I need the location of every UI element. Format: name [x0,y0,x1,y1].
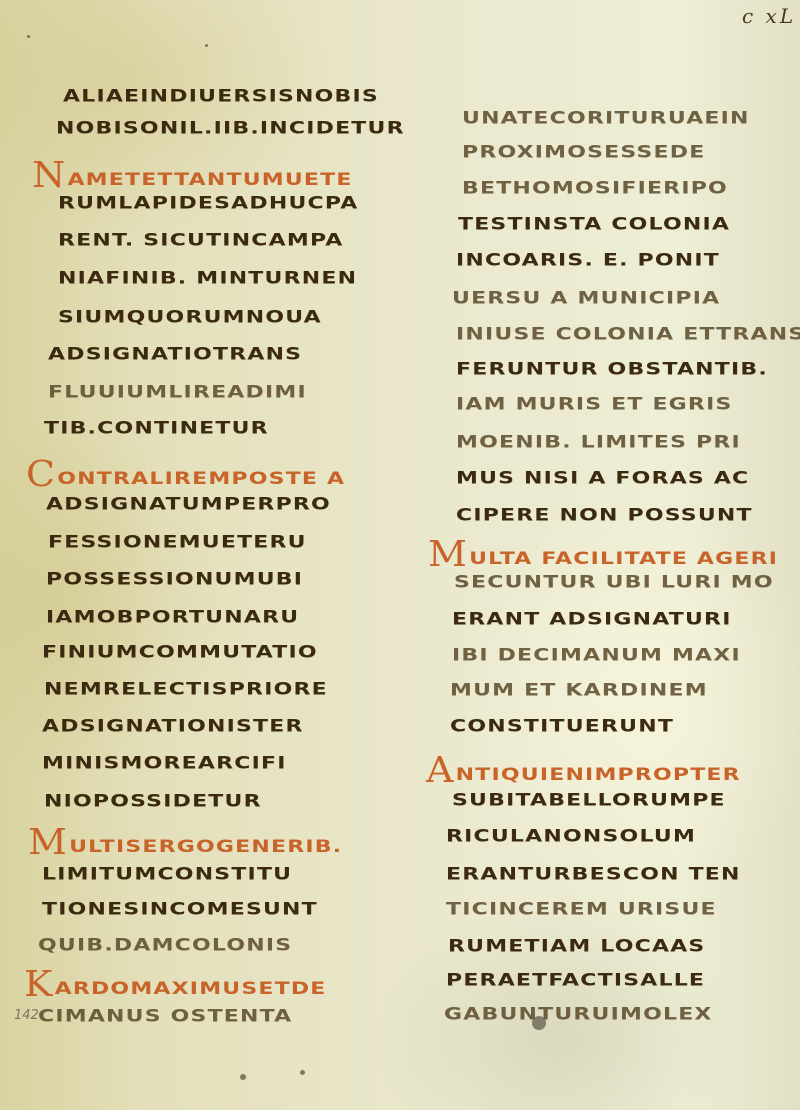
text-line: cimanus ostenta [38,1007,292,1027]
text-line: mum et kardinem [450,681,708,701]
line-text: iamobportunaru [46,608,299,628]
text-line: secuntur ubi luri mo [454,573,774,593]
line-text: finiumcommutatio [42,643,318,663]
line-text: quib.damcolonis [38,936,292,956]
line-text: peraetfactisalle [446,971,705,991]
text-line: possessionumubi [46,570,303,590]
line-text: ardomaximusetde [55,979,327,999]
line-text: minismorearcifi [42,754,287,774]
text-line: finiumcommutatio [42,643,318,663]
rubric-initial: C [26,453,56,494]
text-line: rumetiam locaas [448,937,705,957]
line-text: ticincerem urisue [446,900,717,920]
line-text: ultisergogenerib. [69,837,342,857]
line-text: uersu a municipia [452,289,720,309]
text-line: subitabellorumpe [452,791,726,811]
ink-speck [205,44,208,47]
text-line: moenib. limites pri [456,433,741,453]
ink-speck [27,35,30,38]
rubric-initial: A [426,749,455,790]
text-line: adsignatumperpro [46,495,331,515]
text-line: riculanonsolum [446,827,696,847]
line-text: bethomosifieripo [462,179,728,199]
line-text: erant adsignaturi [452,610,732,630]
line-text: rumetiam locaas [448,937,705,957]
text-line: fessionemueteru [48,533,307,553]
text-line: adsignationister [42,717,304,737]
rubric-line: Antiquienimpropter [426,753,741,787]
line-text: moenib. limites pri [456,433,741,453]
text-line: incoaris. e. ponit [456,251,720,271]
line-text: testinsta colonia [458,215,730,235]
text-line: erant adsignaturi [452,610,732,630]
text-line: iniuse colonia ettrans [456,325,800,345]
marginal-number: 142 [14,1008,39,1023]
text-line: proximosessede [462,143,705,163]
line-text: adsignatumperpro [46,495,331,515]
line-text: eranturbescon ten [446,865,741,885]
line-text: aliaeindiuersisnobis [63,87,379,107]
line-text: gabunturuimolex [444,1005,713,1025]
line-text: unatecorituruaein [462,109,750,129]
folio-mark: c xL [742,4,796,28]
line-text: iam muris et egris [456,395,733,415]
line-text: constituerunt [450,717,674,737]
text-line: tib.continetur [44,419,269,439]
line-text: adsignatiotrans [48,345,302,365]
text-line: iamobportunaru [46,608,299,628]
rubric-line: Contraliremposte a [26,457,345,491]
text-line: rent. sicutincampa [58,231,344,251]
rubric-initial: K [24,963,54,1004]
text-line: constituerunt [450,717,674,737]
text-line: quib.damcolonis [38,936,292,956]
text-line: aliaeindiuersisnobis [63,87,379,107]
line-text: mum et kardinem [450,681,708,701]
rubric-initial: M [28,821,68,862]
rubric-line: Nametettantumuete [32,158,353,192]
text-line: niopossidetur [44,792,262,812]
text-line: nobisonil.iib.incidetur [56,119,405,139]
line-text: fluuiumlireadimi [48,383,307,403]
line-text: tib.continetur [44,419,269,439]
text-line: iam muris et egris [456,395,733,415]
text-line: siumquorumnoua [58,308,322,328]
text-line: niafinib. minturnen [58,269,357,289]
line-text: rumlapidesadhucpa [58,194,358,214]
rubric-line: Multisergogenerib. [28,825,342,859]
line-text: incoaris. e. ponit [456,251,720,271]
line-text: adsignationister [42,717,304,737]
line-text: mus nisi a foras ac [456,469,749,489]
rubric-initial: M [428,533,468,574]
rubric-initial: N [32,154,66,195]
line-text: limitumconstitu [42,865,292,885]
text-line: uersu a municipia [452,289,720,309]
manuscript-page: c xL aliaeindiuersisnobisnobisonil.iib.i… [0,0,800,1110]
text-line: tionesincomesunt [42,900,318,920]
ink-speck [240,1074,246,1080]
text-line: nemrelectispriore [44,680,328,700]
text-line: ticincerem urisue [446,900,717,920]
text-line: bethomosifieripo [462,179,728,199]
line-text: subitabellorumpe [452,791,726,811]
text-line: feruntur obstantib. [456,360,768,380]
text-line: fluuiumlireadimi [48,383,307,403]
line-text: riculanonsolum [446,827,696,847]
line-text: proximosessede [462,143,705,163]
text-line: unatecorituruaein [462,109,750,129]
line-text: niopossidetur [44,792,262,812]
rubric-line: Kardomaximusetde [24,967,327,1001]
text-line: limitumconstitu [42,865,292,885]
line-text: cipere non possunt [456,506,753,526]
line-text: iniuse colonia ettrans [456,325,800,345]
text-line: rumlapidesadhucpa [58,194,358,214]
line-text: tionesincomesunt [42,900,318,920]
line-text: ntiquienimpropter [456,765,741,785]
ink-speck [300,1070,305,1075]
line-text: possessionumubi [46,570,303,590]
text-line: gabunturuimolex [444,1005,713,1025]
text-line: ibi decimanum maxi [452,646,741,666]
line-text: ulta facilitate ageri [469,549,778,569]
line-text: niafinib. minturnen [58,269,357,289]
text-line: eranturbescon ten [446,865,741,885]
line-text: nemrelectispriore [44,680,328,700]
text-line: minismorearcifi [42,754,287,774]
line-text: siumquorumnoua [58,308,322,328]
text-line: cipere non possunt [456,506,753,526]
line-text: ametettantumuete [67,170,352,190]
text-line: peraetfactisalle [446,971,705,991]
rubric-line: Multa facilitate ageri [428,537,778,571]
text-line: mus nisi a foras ac [456,469,749,489]
line-text: fessionemueteru [48,533,307,553]
text-line: adsignatiotrans [48,345,302,365]
line-text: ibi decimanum maxi [452,646,741,666]
text-line: testinsta colonia [458,215,730,235]
line-text: feruntur obstantib. [456,360,768,380]
line-text: nobisonil.iib.incidetur [56,119,405,139]
line-text: ontraliremposte a [57,469,345,489]
ink-stain [532,1016,546,1030]
line-text: cimanus ostenta [38,1007,292,1027]
line-text: rent. sicutincampa [58,231,344,251]
line-text: secuntur ubi luri mo [454,573,774,593]
